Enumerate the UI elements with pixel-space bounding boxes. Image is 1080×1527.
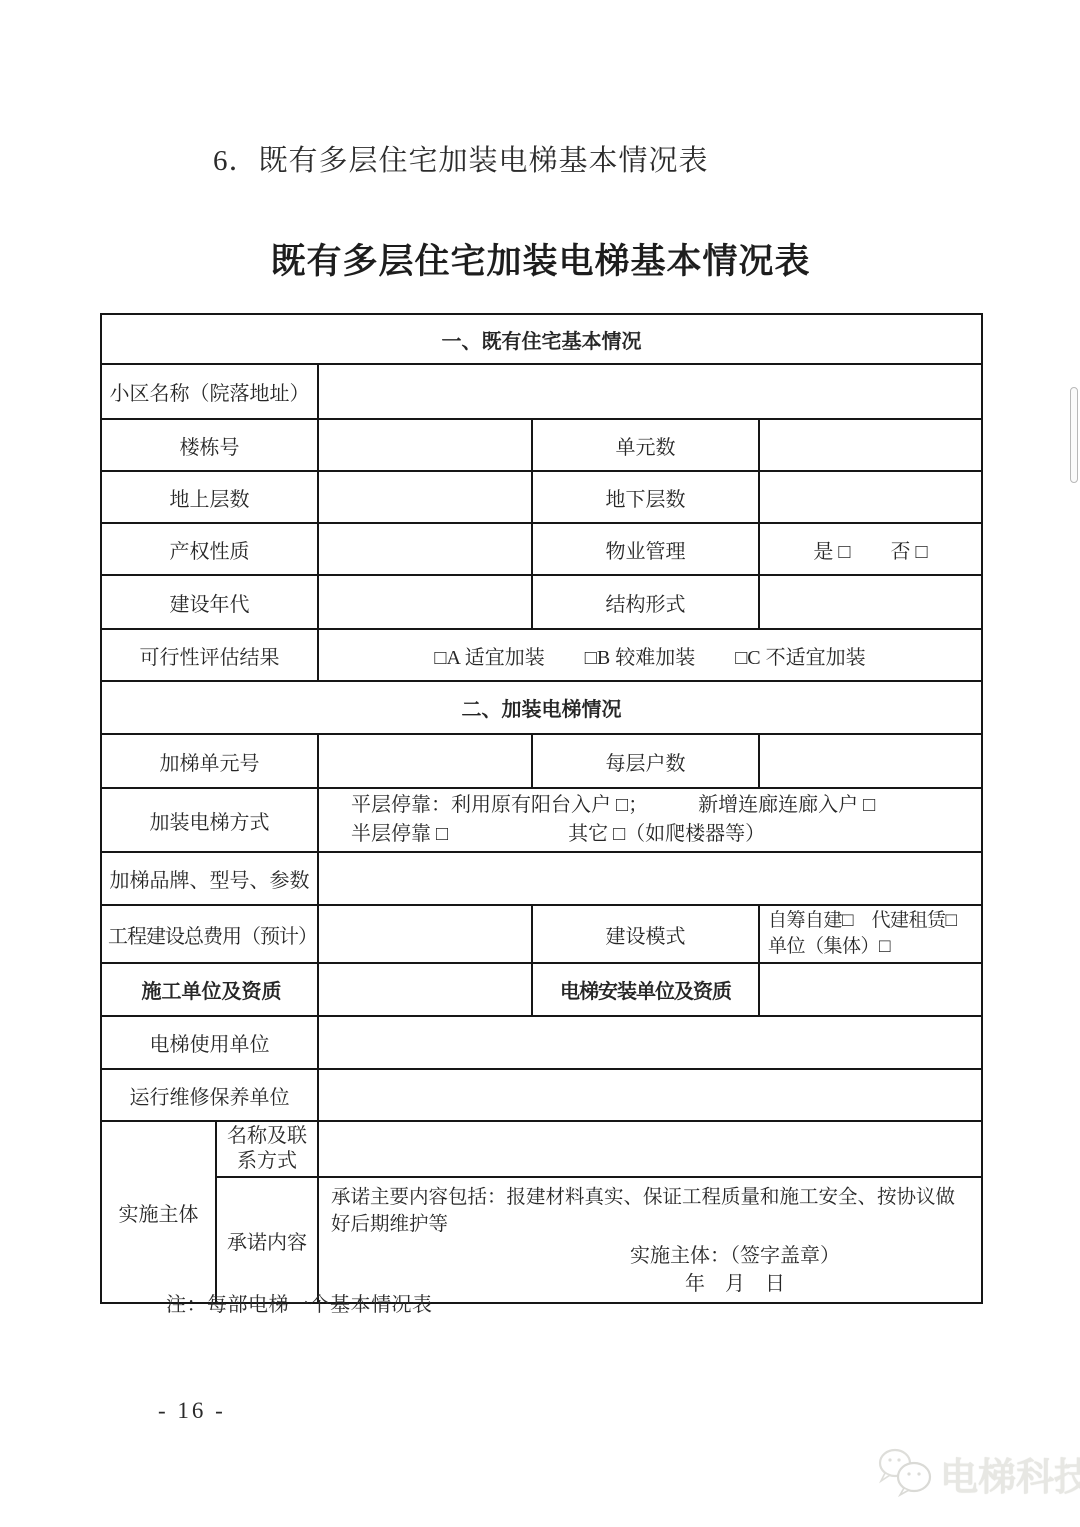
user-unit-label: 电梯使用单位 — [101, 1016, 318, 1069]
basic-info-table: 一、既有住宅基本情况 小区名称（院落地址） 楼栋号 单元数 地上层数 地下层数 … — [100, 313, 983, 1304]
table-row: 承诺内容 承诺主要内容包括：报建材料真实、保证工程质量和施工安全、按协议做好后期… — [101, 1177, 982, 1303]
structure-input-cell — [759, 575, 982, 629]
table-row: 实施主体 名称及联系方式 — [101, 1121, 982, 1177]
brand-label: 加梯品牌、型号、参数 — [101, 852, 318, 905]
install-mode-options: 平层停靠：利用原有阳台入户 □； 新增连廊连廊入户 □ 半层停靠 □ 其它 □（… — [318, 788, 982, 852]
property-mgmt-options: 是 □ 否 □ — [759, 523, 982, 575]
table-row: 施工单位及资质 电梯安装单位及资质 — [101, 963, 982, 1016]
build-model-line2: 单位（集体）□ — [768, 934, 973, 960]
unit-count-label: 单元数 — [532, 419, 759, 471]
build-year-label: 建设年代 — [101, 575, 318, 629]
building-no-label: 楼栋号 — [101, 419, 318, 471]
property-mgmt-label: 物业管理 — [532, 523, 759, 575]
table-row: 加装电梯方式 平层停靠：利用原有阳台入户 □； 新增连廊连廊入户 □ 半层停靠 … — [101, 788, 982, 852]
build-year-input-cell — [318, 575, 532, 629]
table-row: 可行性评估结果 □A 适宜加装 □B 较难加装 □C 不适宜加装 — [101, 629, 982, 681]
section1-header: 一、既有住宅基本情况 — [101, 314, 982, 364]
ownership-label: 产权性质 — [101, 523, 318, 575]
build-model-options: 自筹自建□ 代建租赁□ 单位（集体）□ — [759, 905, 982, 963]
maintenance-label: 运行维修保养单位 — [101, 1069, 318, 1121]
build-model-label: 建设模式 — [532, 905, 759, 963]
cost-input-cell — [318, 905, 532, 963]
contact-label: 名称及联系方式 — [216, 1121, 318, 1177]
lift-unit-label: 加梯单元号 — [101, 734, 318, 788]
floors-above-input-cell — [318, 471, 532, 523]
footnote: 注：每部电梯一个基本情况表 — [166, 1288, 433, 1317]
commitment-text: 承诺主要内容包括：报建材料真实、保证工程质量和施工安全、按协议做好后期维护等 — [325, 1182, 975, 1238]
scrollbar-thumb[interactable] — [1070, 387, 1078, 483]
floors-above-label: 地上层数 — [101, 471, 318, 523]
installer-label: 电梯安装单位及资质 — [532, 963, 759, 1016]
table-row: 加梯品牌、型号、参数 — [101, 852, 982, 905]
installer-input-cell — [759, 963, 982, 1016]
floors-below-input-cell — [759, 471, 982, 523]
feasibility-options: □A 适宜加装 □B 较难加装 □C 不适宜加装 — [318, 629, 982, 681]
user-unit-input-cell — [318, 1016, 982, 1069]
wechat-icon — [874, 1443, 936, 1504]
commitment-label: 承诺内容 — [216, 1177, 318, 1303]
section-heading: 6．既有多层住宅加装电梯基本情况表 — [213, 138, 709, 179]
brand-input-cell — [318, 852, 982, 905]
table-row: 建设年代 结构形式 — [101, 575, 982, 629]
form-title: 既有多层住宅加装电梯基本情况表 — [100, 234, 981, 284]
implementer-label: 实施主体 — [101, 1121, 216, 1303]
table-row: 地上层数 地下层数 — [101, 471, 982, 523]
publisher-watermark: 电梯科技 — [874, 1443, 1074, 1503]
table-row: 楼栋号 单元数 — [101, 419, 982, 471]
unit-count-input-cell — [759, 419, 982, 471]
document-page: 6．既有多层住宅加装电梯基本情况表 既有多层住宅加装电梯基本情况表 一、既有住宅… — [0, 0, 1080, 1527]
install-mode-label: 加装电梯方式 — [101, 788, 318, 852]
maintenance-input-cell — [318, 1069, 982, 1121]
floors-below-label: 地下层数 — [532, 471, 759, 523]
commitment-cell: 承诺主要内容包括：报建材料真实、保证工程质量和施工安全、按协议做好后期维护等 实… — [318, 1177, 982, 1303]
households-input-cell — [759, 734, 982, 788]
table-row: 电梯使用单位 — [101, 1016, 982, 1069]
households-label: 每层户数 — [532, 734, 759, 788]
table-row: 产权性质 物业管理 是 □ 否 □ — [101, 523, 982, 575]
page-number: - 16 - — [158, 1398, 226, 1424]
install-mode-line2: 半层停靠 □ 其它 □（如爬楼器等） — [319, 820, 981, 849]
install-mode-line1: 平层停靠：利用原有阳台入户 □； 新增连廊连廊入户 □ — [319, 791, 981, 820]
constructor-input-cell — [318, 963, 532, 1016]
structure-label: 结构形式 — [532, 575, 759, 629]
ownership-input-cell — [318, 523, 532, 575]
contact-input-cell — [318, 1121, 982, 1177]
lift-unit-input-cell — [318, 734, 532, 788]
community-name-label: 小区名称（院落地址） — [101, 364, 318, 419]
cost-label: 工程建设总费用（预计） — [101, 905, 318, 963]
section2-header: 二、加装电梯情况 — [101, 681, 982, 734]
commitment-sign-line: 实施主体：（签字盖章） — [325, 1242, 975, 1270]
build-model-line1: 自筹自建□ 代建租赁□ — [768, 908, 973, 934]
table-row: 小区名称（院落地址） — [101, 364, 982, 419]
building-no-input-cell — [318, 419, 532, 471]
table-row: 一、既有住宅基本情况 — [101, 314, 982, 364]
table-row: 加梯单元号 每层户数 — [101, 734, 982, 788]
table-row: 运行维修保养单位 — [101, 1069, 982, 1121]
table-row: 工程建设总费用（预计） 建设模式 自筹自建□ 代建租赁□ 单位（集体）□ — [101, 905, 982, 963]
watermark-text: 电梯科技 — [940, 1446, 1080, 1501]
feasibility-label: 可行性评估结果 — [101, 629, 318, 681]
constructor-label: 施工单位及资质 — [101, 963, 318, 1016]
community-name-input-cell — [318, 364, 982, 419]
table-row: 二、加装电梯情况 — [101, 681, 982, 734]
